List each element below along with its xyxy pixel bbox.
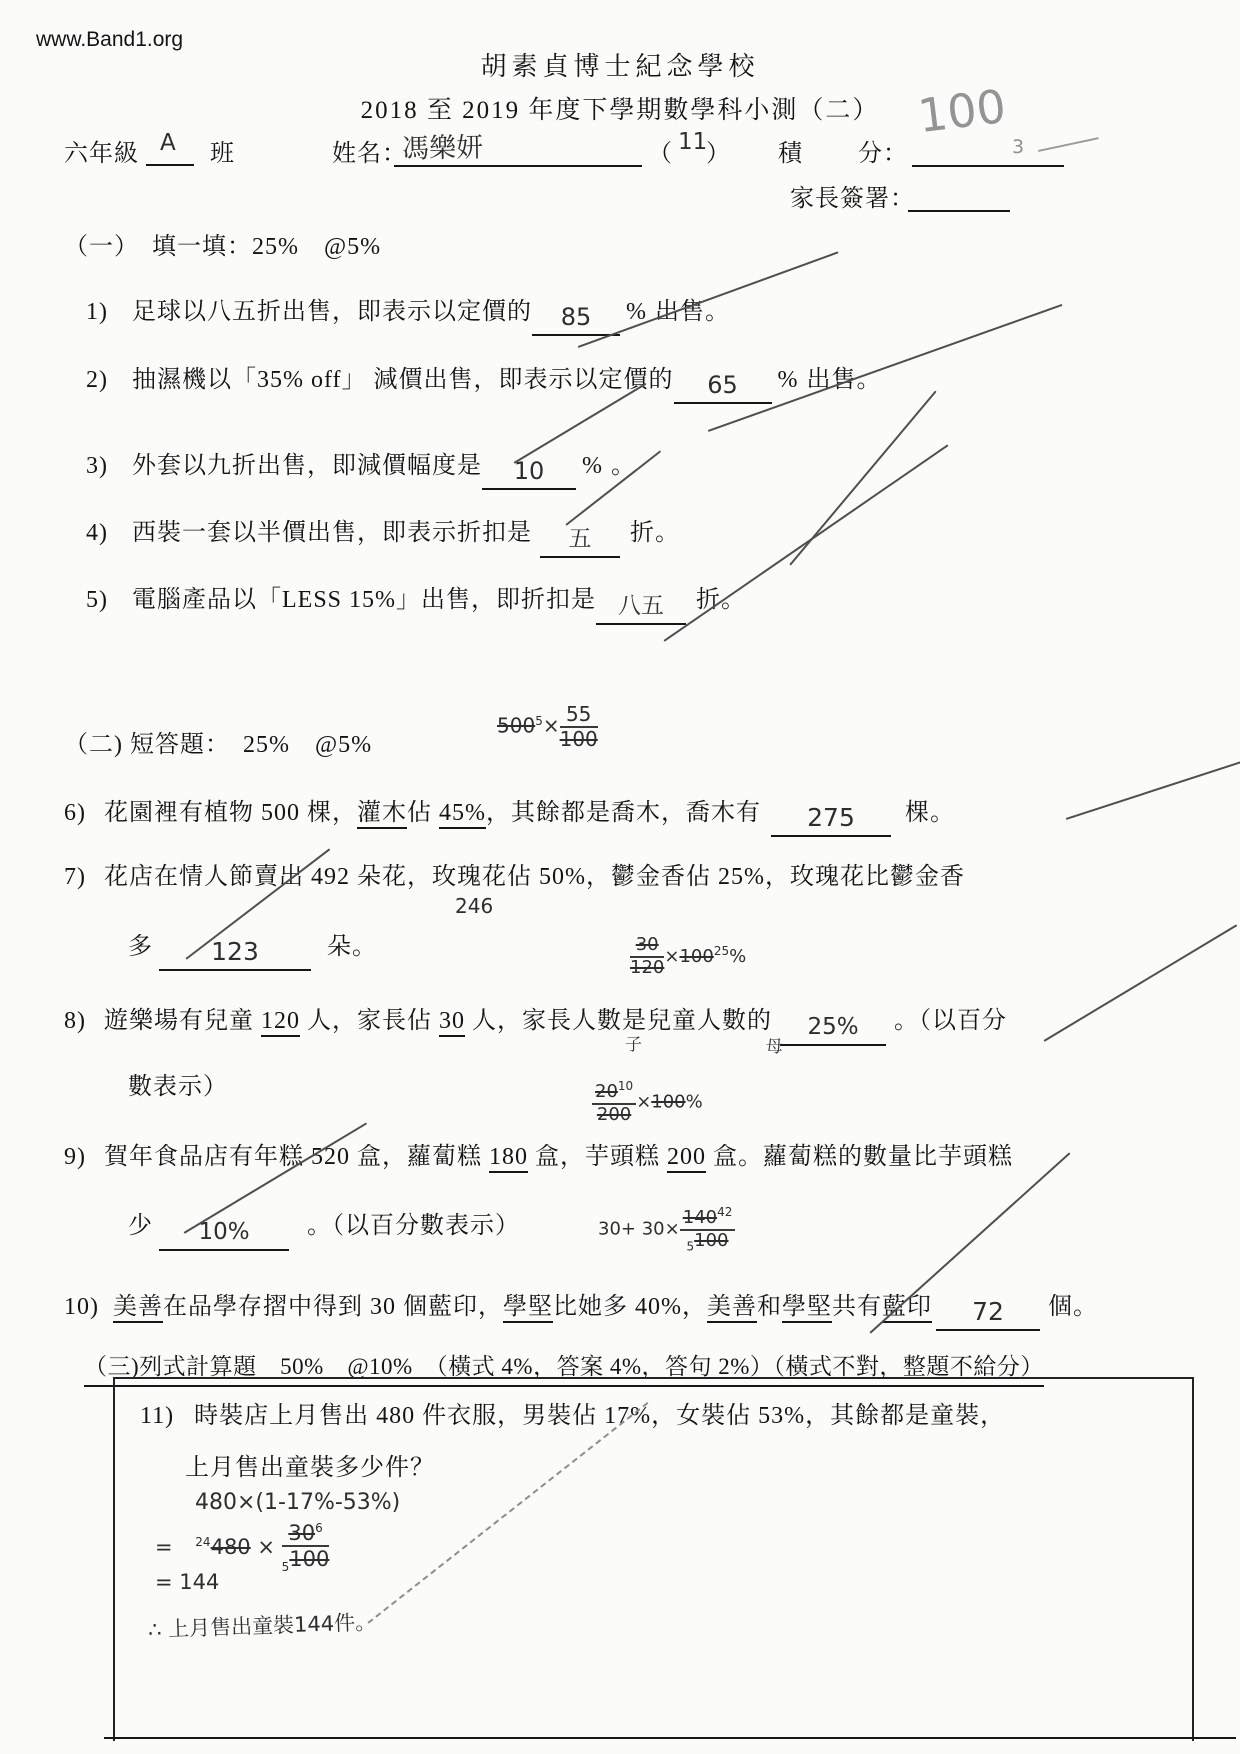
q6-answer-blank: 275 [771,803,891,837]
q5-text: 電腦產品以「LESS 15%」出售，即折扣是 [132,587,596,613]
q9-answer-handwritten: 10% [198,1219,249,1245]
q5-number: 5) [86,587,108,614]
q10-text-post: 個。 [1048,1294,1098,1320]
q7-answer-handwritten: 123 [211,937,259,966]
q7-answer-blank: 123 [159,937,311,971]
exam-title: 2018 至 2019 年度下學期數學科小測（二） [0,90,1240,126]
q8-work-fraction: 30120×10025% [630,936,746,978]
class-handwritten: A [160,130,176,156]
q2-unit: % [778,367,799,393]
q8-answer-blank: 25% [780,1012,886,1046]
grader-checkmark-q8 [1043,924,1237,1042]
q6-number: 6) [64,800,86,827]
q7-text-post: 朵。 [327,934,377,960]
q11-30-cancel: 6 [315,1521,323,1535]
q9-answer-blank: 10% [159,1217,289,1251]
score-tail-mark: 3 [1012,136,1024,158]
q2-answer-blank: 65 [674,370,772,404]
parent-sign-label: 家長簽署： [790,178,915,213]
q11-100: 100 [289,1547,329,1571]
q10-text-3: 和 [757,1294,782,1320]
q4-answer-handwritten: 五 [569,526,592,552]
name-handwritten: 馮樂妍 [402,125,484,165]
q10-work-num-cancel: 42 [717,1205,732,1219]
q10-work: 30+ 30×140425100 [598,1206,735,1253]
q9-work-den: 200 [592,1105,636,1125]
q8-work-pct: % [729,946,746,967]
q1-answer-blank: 85 [532,302,620,336]
q11-number: 11) [140,1403,174,1430]
q7-number: 7) [64,864,86,891]
question-6: 6)花園裡有植物 500 棵，灌木佔 45%，其餘都是喬木，喬木有275棵。 [64,792,955,837]
q3-answer-blank: 10 [482,456,576,490]
q7-text-1: 花店在情人節賣出 492 朵花，玫瑰花佔 50%，鬱金香佔 25%，玫瑰花比鬱金… [104,864,965,890]
q11-equals-1: = [155,1535,173,1559]
question-11-line1: 11)時裝店上月售出 480 件衣服，男裝佔 17%，女裝佔 53%，其餘都是童… [140,1395,1005,1430]
grade-label: 六年級 [64,133,139,168]
student-number-paren-open: （ [648,133,673,168]
question-11-line2: 上月售出童裝多少件？ [185,1447,435,1482]
q10-underlined-name3: 美善 [707,1294,757,1323]
q4-text-post: 折。 [630,520,680,546]
section1-heading: （一） 填一填：25% @5% [64,226,381,261]
question-8-line2: 數表示） [128,1066,228,1101]
question-1: 1)足球以八五折出售，即表示以定價的85%出售。 [86,291,730,336]
q10-work-pre: 30+ 30× [598,1219,680,1240]
q4-number: 4) [86,520,108,547]
q8-number: 8) [64,1008,86,1035]
q9-number: 9) [64,1144,86,1171]
q6-text-2: 佔 [407,800,439,826]
q11-30: 30 [288,1521,315,1545]
q8-text-3: 人，家長人數是兒童人數的 [465,1008,772,1034]
grader-checkmark-q5 [663,444,948,642]
q8-work-cancel: 25 [714,944,729,958]
parent-sign-blank [908,182,1010,212]
class-label: 班 [210,133,235,168]
question-4: 4)西裝一套以半價出售，即表示折扣是五折。 [86,512,680,558]
q6-text-post: 棵。 [905,800,955,826]
work-times: × [543,714,560,738]
q8-work-num: 30 [630,936,664,958]
q3-number: 3) [86,453,108,480]
q10-underlined-name1: 美善 [113,1294,163,1323]
q2-number: 2) [86,367,108,394]
question-3: 3)外套以九折出售，即減價幅度是10%。 [86,445,636,490]
section2-heading: （二) 短答題： 25% @5% [64,724,372,759]
q9-work-above: 2010200×100% [592,1080,703,1125]
q9-work-pct: % [686,1091,703,1112]
q9-work-times: × [636,1091,651,1112]
q9-underlined-200: 200 [667,1144,706,1173]
question-9-line1: 9)賀年食品店有年糕 520 盒，蘿蔔糕 180 盒，芋頭糕 200 盒。蘿蔔糕… [64,1136,1013,1171]
q8-underlined-120: 120 [261,1008,300,1037]
question-10: 10)美善在品學存摺中得到 30 個藍印，學堅比她多 40%，美善和學堅共有藍印… [64,1286,1098,1331]
work-num: 55 [560,704,598,728]
q3-text: 外套以九折出售，即減價幅度是 [132,453,482,479]
q9-underlined-180: 180 [489,1144,528,1173]
question-2: 2)抽濕機以「35% off」 減價出售，即表示以定價的65%出售。 [86,359,882,404]
q2-text: 抽濕機以「35% off」 減價出售，即表示以定價的 [132,367,674,393]
q11-work-line3: = 144 [155,1570,219,1594]
q3-unit: % [582,453,603,479]
q1-number: 1) [86,299,108,326]
q1-text-post: 出售。 [655,299,730,325]
q4-text: 西裝一套以半價出售，即表示折扣是 [132,520,532,546]
work-500: 500 [497,714,535,738]
grader-checkmark-q6 [1066,744,1240,820]
question-7-line1: 7)花店在情人節賣出 492 朵花，玫瑰花佔 50%，鬱金香佔 25%，玫瑰花比… [64,856,965,891]
q6-text-3: ，其餘都是喬木，喬木有 [486,800,761,826]
q10-work-den-cancel: 5 [687,1239,695,1253]
q5-answer-handwritten: 八五 [618,593,664,619]
q8-work-100: 100 [679,946,713,967]
q11-text-1: 時裝店上月售出 480 件衣服，男裝佔 17%，女裝佔 53%，其餘都是童裝， [194,1403,1005,1429]
q6-text-1: 花園裡有植物 500 棵， [104,800,357,826]
q7-work-note: 246 [455,894,493,918]
q9-text-post: 。（以百分數表示） [307,1213,520,1239]
q11-480-cancel: 24 [195,1535,210,1549]
school-name: 胡素貞博士紀念學校 [0,46,1240,83]
q10-underlined-name4: 學堅 [782,1294,832,1323]
q10-underlined-name2: 學堅 [503,1294,553,1323]
q1-answer-handwritten: 85 [561,303,592,331]
q6-underlined-shrub: 灌木 [357,800,407,829]
q8-annotation-numerator: 子 [625,1030,642,1055]
q10-text-1: 在品學存摺中得到 30 個藍印， [163,1294,503,1320]
q8-answer-handwritten: 25% [807,1014,858,1040]
q1-text: 足球以八五折出售，即表示以定價的 [132,299,532,325]
q11-times: × [257,1535,275,1559]
q9-work-num-cancel: 10 [618,1079,633,1093]
scanned-test-paper: { "watermark": "www.Band1.org", "hdr": {… [0,0,1240,1754]
work-fraction-header: 5005×55100 [497,704,598,750]
q10-answer-handwritten: 72 [972,1297,1004,1326]
question-5: 5)電腦產品以「LESS 15%」出售，即折扣是八五折。 [86,579,746,625]
q9-text-2: 盒，芋頭糕 [528,1144,667,1170]
q10-work-num: 140 [683,1207,717,1228]
work-den: 100 [560,728,598,750]
q5-answer-blank: 八五 [596,591,686,625]
q9-text-3: 盒。蘿蔔糕的數量比芋頭糕 [706,1144,1013,1170]
score-label-2: 分： [858,133,908,168]
q9-text-4: 少 [128,1213,153,1239]
question-9-line2: 少10%。（以百分數表示） [128,1205,520,1251]
q8-underlined-30: 30 [439,1008,465,1037]
q8-text-4: 。（以百分 [894,1008,1007,1034]
question-7-line2: 多123朵。 [128,926,377,971]
q6-answer-handwritten: 275 [807,803,855,832]
q10-number: 10) [64,1294,99,1321]
q2-answer-handwritten: 65 [707,371,738,399]
q10-answer-blank: 72 [936,1297,1040,1331]
q9-work-num: 20 [595,1081,618,1102]
q11-480: 480 [211,1535,251,1559]
student-number-handwritten: 11 [678,129,707,155]
page-bottom-line [104,1737,1236,1739]
score-label-1: 積 [778,133,803,168]
q6-underlined-45: 45% [439,800,486,829]
q11-work-line1: 480×(1-17%-53%) [195,1490,400,1515]
q8-text-1: 遊樂場有兒童 [104,1008,261,1034]
q3-text-post: 。 [611,453,636,479]
score-handwritten: 100 [915,79,1009,143]
student-number-paren-close: ） [706,133,731,168]
q10-text-4: 共有 [832,1294,882,1320]
question-8-line1: 8)遊樂場有兒童 120 人，家長佔 30 人，家長人數是兒童人數的25%。（以… [64,1000,1007,1046]
q9-work-100: 100 [651,1091,685,1112]
q8-work-times: × [664,946,679,967]
q11-work-line2: = 24480 × 3065100 [155,1522,329,1574]
q7-text-2: 多 [128,934,153,960]
q8-text-2: 人，家長佔 [300,1008,439,1034]
q8-annotation-denominator: 母 [766,1032,783,1057]
work-500-cancel: 5 [535,714,543,728]
q10-work-den: 100 [694,1230,728,1251]
q8-work-den: 120 [630,958,664,978]
q10-text-2: 比她多 40%， [553,1294,707,1320]
q4-answer-blank: 五 [540,524,620,558]
